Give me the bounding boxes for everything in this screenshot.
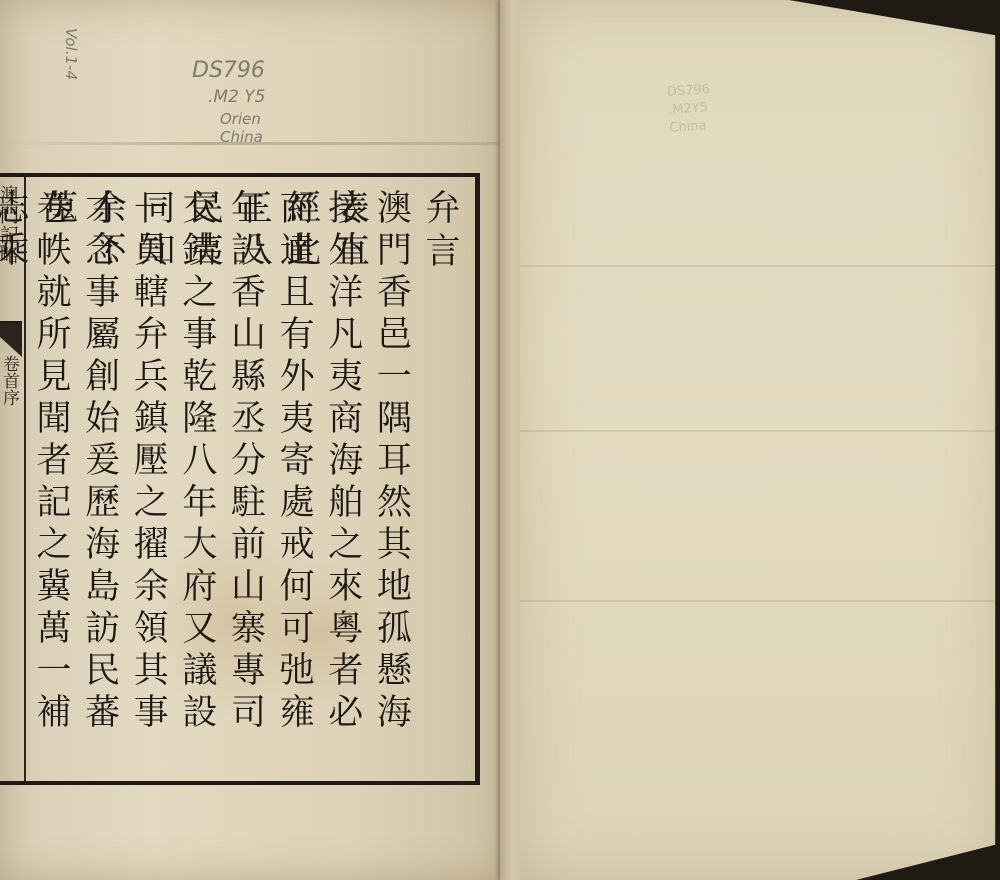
text-column: 年設香山縣丞分駐前山寨專司民夷 (225, 189, 267, 771)
right-blank-page: DS796 .M2Y5 China (520, 0, 1000, 880)
left-printed-page: Vol.1-4 DS796 .M2 Y5 Orien China 澳門記略 卷首… (0, 0, 505, 880)
fishtail-mark-icon (0, 321, 22, 337)
call-number-line: DS796 (192, 58, 266, 84)
call-number-line: .M2 Y5 (192, 84, 266, 110)
paper-crease (520, 430, 1000, 432)
banxin-section: 卷首序 (2, 355, 22, 406)
text-columns: 弁言 澳門香邑一隅耳然其地孤懸海表直 接外洋凡夷商海舶之來粵者必經此 而達且有外… (30, 189, 461, 771)
call-number-pencil-mark: DS796 .M2 Y5 Orien China (192, 58, 266, 146)
offset-pencil-ghost: DS796 .M2Y5 China (666, 76, 783, 193)
text-column: 交錯之事乾隆八年大府又議設同知 (176, 189, 218, 771)
text-column: 接外洋凡夷商海舶之來粵者必經此 (322, 189, 364, 771)
call-number-line: China (192, 128, 266, 146)
text-column: 澳門香邑一隅耳然其地孤懸海表直 (370, 189, 412, 771)
text-column: 而達且有外夷寄處戒何可弛雍正八 (273, 189, 315, 771)
call-number-line: Orien (192, 110, 266, 128)
printed-text-frame: 澳門記略 卷首序 弁言 澳門香邑一隅耳然其地孤懸海表直 接外洋凡夷商海舶之來粵者… (0, 173, 480, 785)
volume-pencil-mark: Vol.1-4 (62, 28, 80, 80)
paper-crease (520, 600, 1000, 602)
section-heading: 弁言 (419, 189, 461, 771)
text-column: 一員轄弁兵鎮壓之擢余領其事余不 (127, 189, 169, 771)
text-column: 才念事屬創始爰歷海島訪民蕃蒐 (79, 189, 121, 771)
paper-crease (520, 265, 1000, 267)
text-column: 卷帙就所見聞者記之冀萬一補志乘 (30, 189, 72, 771)
